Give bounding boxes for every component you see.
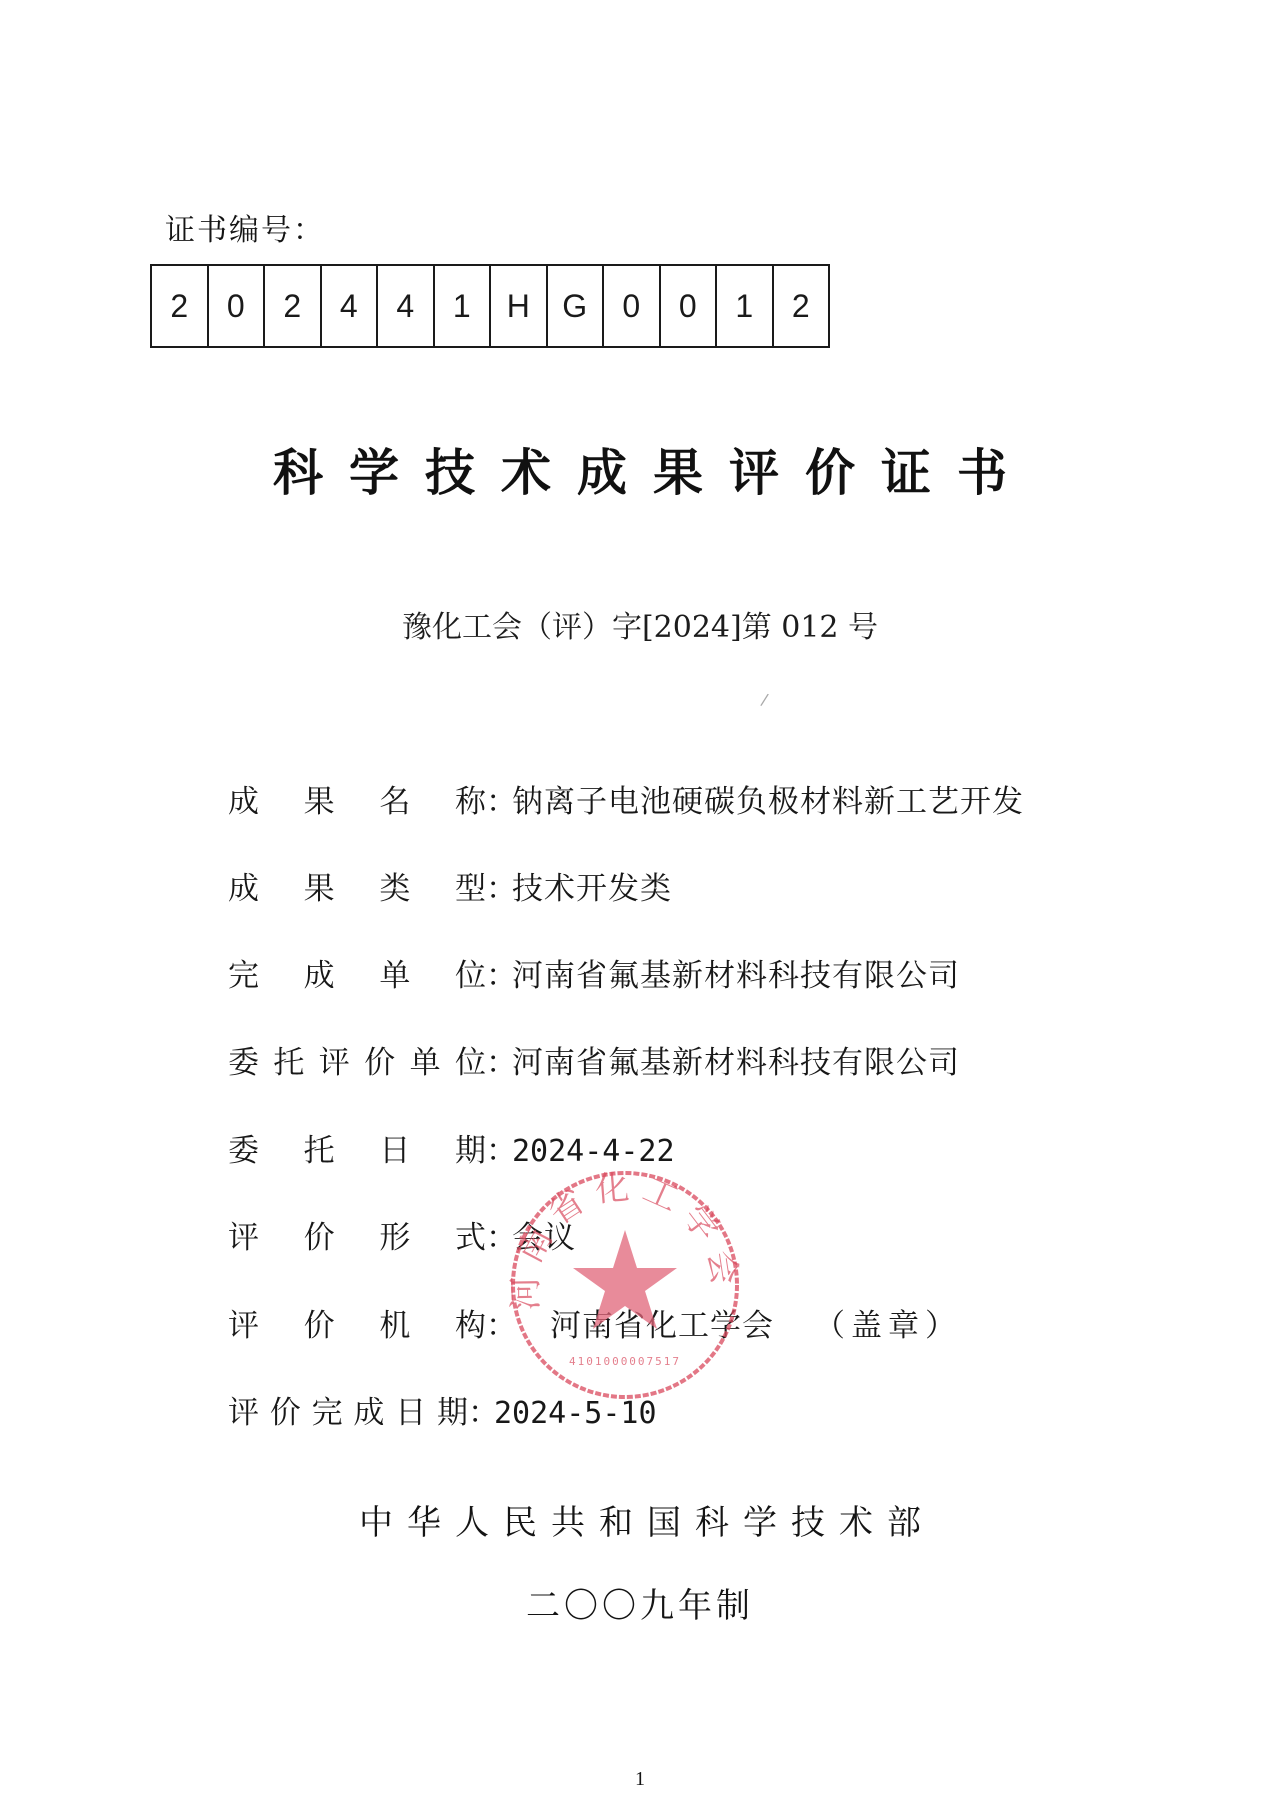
- cert-digit: 1: [717, 266, 774, 346]
- document-number: 豫化工会（评）字[2024]第 012 号: [0, 602, 1280, 646]
- seal-number: 4101000007517: [569, 1355, 681, 1368]
- field-label: 评 价 完 成 日 期: [228, 1387, 468, 1432]
- field-value: 2024-5-10: [494, 1396, 657, 1431]
- field-label: 完 成 单 位: [228, 950, 486, 995]
- cert-digit: 0: [661, 266, 718, 346]
- field-value: 2024-4-22: [512, 1134, 675, 1169]
- field-value: 河南省氟基新材料科技有限公司: [512, 950, 960, 995]
- cert-digit: 0: [209, 266, 266, 346]
- field-label: 委 托 日 期: [228, 1125, 486, 1170]
- cert-digit: G: [548, 266, 605, 346]
- cert-digit: 0: [604, 266, 661, 346]
- field-commissioning-unit: 委 托 评 价 单 位 ： 河南省氟基新材料科技有限公司: [228, 1037, 960, 1082]
- field-value: 河南省氟基新材料科技有限公司: [512, 1037, 960, 1082]
- certificate-number-grid: 2 0 2 4 4 1 H G 0 0 1 2: [150, 264, 830, 348]
- field-label: 成 果 名 称: [228, 776, 486, 821]
- field-value: 钠离子电池硬碳负极材料新工艺开发: [512, 776, 1024, 821]
- field-achievement-type: 成 果 类 型 ： 技术开发类: [228, 863, 672, 908]
- field-label: 成 果 类 型: [228, 863, 486, 908]
- field-label: 委 托 评 价 单 位: [228, 1037, 486, 1082]
- field-value: 河南省化工学会: [550, 1300, 774, 1345]
- cert-digit: H: [491, 266, 548, 346]
- field-value: 技术开发类: [512, 863, 672, 908]
- seal-note: （盖章）: [814, 1300, 962, 1345]
- year-made: 二〇〇九年制: [0, 1578, 1280, 1627]
- field-completing-unit: 完 成 单 位 ： 河南省氟基新材料科技有限公司: [228, 950, 960, 995]
- field-commission-date: 委 托 日 期 ： 2024-4-22: [228, 1125, 675, 1170]
- field-evaluation-form: 评 价 形 式 ： 会议: [228, 1212, 576, 1257]
- cert-digit: 2: [152, 266, 209, 346]
- official-seal: 河南省化工学会 4101000007517: [500, 1160, 750, 1410]
- cert-digit: 4: [322, 266, 379, 346]
- field-label: 评 价 机 构: [228, 1300, 486, 1345]
- field-value: 会议: [512, 1212, 576, 1257]
- field-evaluation-completion-date: 评 价 完 成 日 期 ： 2024-5-10: [228, 1387, 657, 1432]
- certificate-number-label: 证书编号：: [165, 205, 325, 249]
- issuing-ministry: 中华人民共和国科学技术部: [0, 1495, 1280, 1544]
- certificate-title: 科学技术成果评价证书: [0, 433, 1280, 505]
- field-evaluation-agency: 评 价 机 构 ： 河南省化工学会 （盖章）: [228, 1300, 962, 1345]
- field-label: 评 价 形 式: [228, 1212, 486, 1257]
- cert-digit: 2: [265, 266, 322, 346]
- cert-digit: 4: [378, 266, 435, 346]
- cert-digit: 1: [435, 266, 492, 346]
- cert-digit: 2: [774, 266, 829, 346]
- page-number: 1: [0, 1768, 1280, 1791]
- field-achievement-name: 成 果 名 称 ： 钠离子电池硬碳负极材料新工艺开发: [228, 776, 1024, 821]
- scan-mark: /: [760, 690, 770, 710]
